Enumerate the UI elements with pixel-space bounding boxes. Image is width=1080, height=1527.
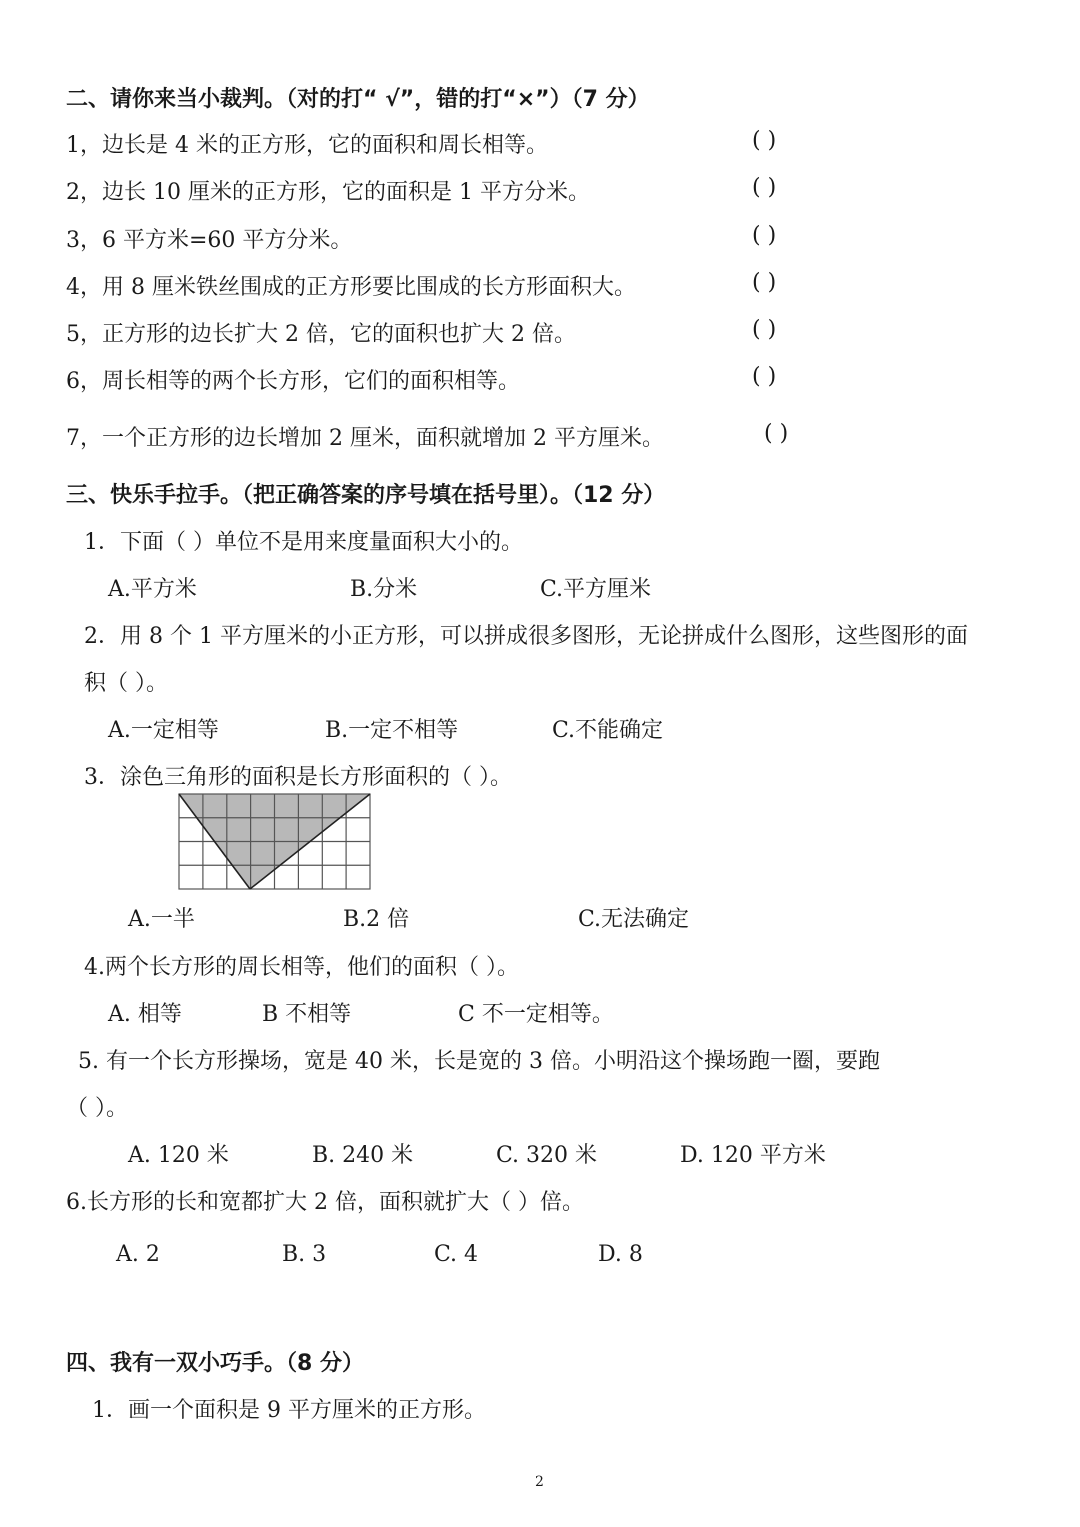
choice-q3-option-b[interactable]: B.2 倍 (343, 902, 409, 933)
choice-q5-text-line1: 5. 有一个长方形操场，宽是 40 米，长是宽的 3 倍。小明沿这个操场跑一圈，… (78, 1044, 880, 1075)
judge-item-7: 7，一个正方形的边长增加 2 厘米，面积就增加 2 平方厘米。 (66, 421, 664, 452)
choice-q1-option-b[interactable]: B.分米 (350, 572, 417, 603)
section-2-heading: 二、请你来当小裁判。（对的打“ √”，错的打“×”）（7 分） (66, 82, 650, 113)
choice-q1-option-a[interactable]: A.平方米 (108, 572, 197, 603)
section-4-heading: 四、我有一双小巧手。（8 分） (66, 1346, 364, 1377)
judge-answer-blank-4[interactable]: ( ) (752, 270, 776, 295)
judge-item-1: 1，边长是 4 米的正方形，它的面积和周长相等。 (66, 128, 548, 159)
choice-q6-option-c[interactable]: C. 4 (434, 1242, 478, 1267)
choice-q2-text-line1: 2．用 8 个 1 平方厘米的小正方形，可以拼成很多图形，无论拼成什么图形，这些… (84, 619, 968, 650)
judge-item-3: 3，6 平方米=60 平方分米。 (66, 223, 352, 254)
judge-answer-blank-5[interactable]: ( ) (752, 317, 776, 342)
judge-item-5: 5，正方形的边长扩大 2 倍，它的面积也扩大 2 倍。 (66, 317, 576, 348)
choice-q6-option-d[interactable]: D. 8 (598, 1242, 643, 1267)
judge-answer-blank-1[interactable]: ( ) (752, 128, 776, 153)
judge-item-2: 2，边长 10 厘米的正方形，它的面积是 1 平方分米。 (66, 175, 590, 206)
choice-q5-option-b[interactable]: B. 240 米 (312, 1138, 413, 1169)
drawing-q1-text: 1．画一个面积是 9 平方厘米的正方形。 (92, 1393, 486, 1424)
choice-q2-option-b[interactable]: B.一定不相等 (325, 713, 458, 744)
choice-q3-option-c[interactable]: C.无法确定 (578, 902, 689, 933)
choice-q1-text: 1．下面（ ）单位不是用来度量面积大小的。 (84, 525, 523, 556)
choice-q5-text-line2: （ ）。 (66, 1091, 128, 1122)
choice-q2-text-line2: 积（ ）。 (84, 666, 168, 697)
judge-answer-blank-7[interactable]: ( ) (764, 421, 788, 446)
choice-q4-text: 4.两个长方形的周长相等，他们的面积（ ）。 (84, 950, 519, 981)
choice-q2-option-c[interactable]: C.不能确定 (552, 713, 663, 744)
choice-q4-option-b[interactable]: B 不相等 (262, 997, 351, 1028)
judge-answer-blank-6[interactable]: ( ) (752, 364, 776, 389)
choice-q5-option-a[interactable]: A. 120 米 (128, 1138, 229, 1169)
choice-q2-option-a[interactable]: A.一定相等 (108, 713, 219, 744)
choice-q1-option-c[interactable]: C.平方厘米 (540, 572, 651, 603)
choice-q6-option-a[interactable]: A. 2 (116, 1242, 160, 1267)
judge-item-6: 6，周长相等的两个长方形，它们的面积相等。 (66, 364, 520, 395)
choice-q6-option-b[interactable]: B. 3 (282, 1242, 326, 1267)
judge-answer-blank-2[interactable]: ( ) (752, 175, 776, 200)
choice-q4-option-a[interactable]: A. 相等 (108, 997, 182, 1028)
choice-q4-option-c[interactable]: C 不一定相等。 (458, 997, 614, 1028)
shaded-triangle-grid-figure (178, 793, 372, 891)
judge-item-4: 4，用 8 厘米铁丝围成的正方形要比围成的长方形面积大。 (66, 270, 636, 301)
page-number: 2 (535, 1474, 544, 1490)
judge-answer-blank-3[interactable]: ( ) (752, 223, 776, 248)
choice-q6-text: 6.长方形的长和宽都扩大 2 倍，面积就扩大（ ）倍。 (66, 1185, 584, 1216)
choice-q5-option-d[interactable]: D. 120 平方米 (680, 1138, 826, 1169)
section-3-heading: 三、快乐手拉手。（把正确答案的序号填在括号里）。（12 分） (66, 478, 665, 509)
choice-q3-option-a[interactable]: A.一半 (128, 902, 195, 933)
choice-q5-option-c[interactable]: C. 320 米 (496, 1138, 597, 1169)
choice-q3-text: 3．涂色三角形的面积是长方形面积的（ ）。 (84, 760, 512, 791)
